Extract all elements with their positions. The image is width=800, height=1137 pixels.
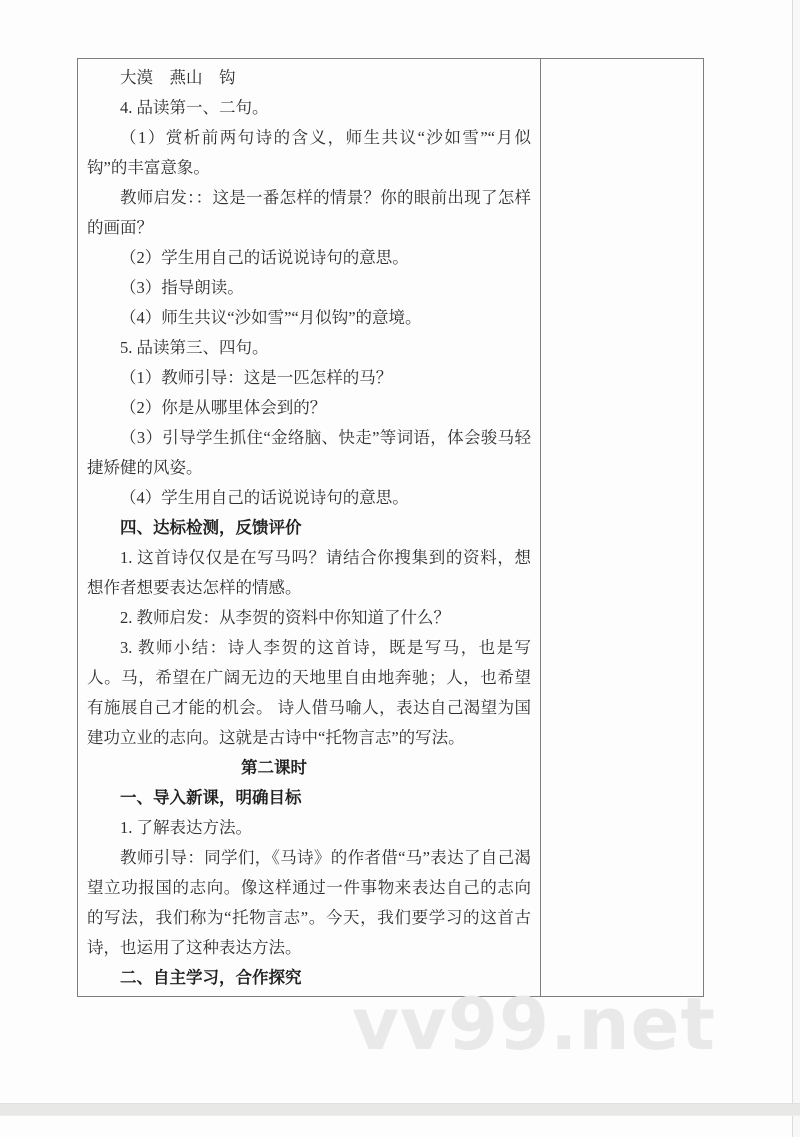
secondary-notes-cell	[541, 59, 703, 996]
doc-paragraph: （2）你是从哪里体会到的？	[87, 393, 531, 423]
page-right-edge	[792, 0, 793, 1137]
doc-paragraph: 教师启发：：这是一番怎样的情景？你的眼前出现了怎样的画面？	[87, 183, 531, 243]
doc-paragraph: 1. 这首诗仅仅是在写马吗？请结合你搜集到的资料，想想作者想要表达怎样的情感。	[87, 543, 531, 603]
lesson-plan-table: 大漠 燕山 钩 4. 品读第一、二句。 （1）赏析前两句诗的含义，师生共议“沙如…	[77, 58, 704, 997]
document-page: 大漠 燕山 钩 4. 品读第一、二句。 （1）赏析前两句诗的含义，师生共议“沙如…	[0, 0, 800, 1137]
doc-paragraph: （4）学生用自己的话说说诗句的意思。	[87, 483, 531, 513]
doc-paragraph: 5. 品读第三、四句。	[87, 333, 531, 363]
doc-paragraph: 大漠 燕山 钩	[87, 63, 531, 93]
page-separator	[0, 1103, 800, 1116]
section-heading-assessment: 四、达标检测，反馈评价	[87, 513, 531, 543]
doc-paragraph: 1. 了解表达方法。	[87, 813, 531, 843]
doc-paragraph: （2）学生用自己的话说说诗句的意思。	[87, 243, 531, 273]
doc-paragraph: （4）师生共议“沙如雪”“月似钩”的意境。	[87, 303, 531, 333]
doc-paragraph: 3. 教师小结：诗人李贺的这首诗，既是写马，也是写人。马，希望在广阔无边的天地里…	[87, 633, 531, 753]
page-right-margin	[793, 0, 800, 1137]
doc-paragraph: （3）引导学生抓住“金络脑、快走”等词语，体会骏马轻捷矫健的风姿。	[87, 423, 531, 483]
lesson-2-title: 第二课时	[87, 753, 531, 783]
teaching-process-cell: 大漠 燕山 钩 4. 品读第一、二句。 （1）赏析前两句诗的含义，师生共议“沙如…	[78, 59, 541, 996]
doc-paragraph: 2. 教师启发：从李贺的资料中你知道了什么？	[87, 603, 531, 633]
doc-paragraph: 教师引导：同学们，《马诗》的作者借“马”表达了自己渴望立功报国的志向。像这样通过…	[87, 843, 531, 963]
doc-paragraph: （1）教师引导：这是一匹怎样的马？	[87, 363, 531, 393]
section-heading-intro: 一、导入新课，明确目标	[87, 783, 531, 813]
doc-paragraph: （1）赏析前两句诗的含义，师生共议“沙如雪”“月似钩”的丰富意象。	[87, 123, 531, 183]
doc-paragraph: （3）指导朗读。	[87, 273, 531, 303]
doc-paragraph: 4. 品读第一、二句。	[87, 93, 531, 123]
watermark: vv99.net	[352, 982, 716, 1066]
